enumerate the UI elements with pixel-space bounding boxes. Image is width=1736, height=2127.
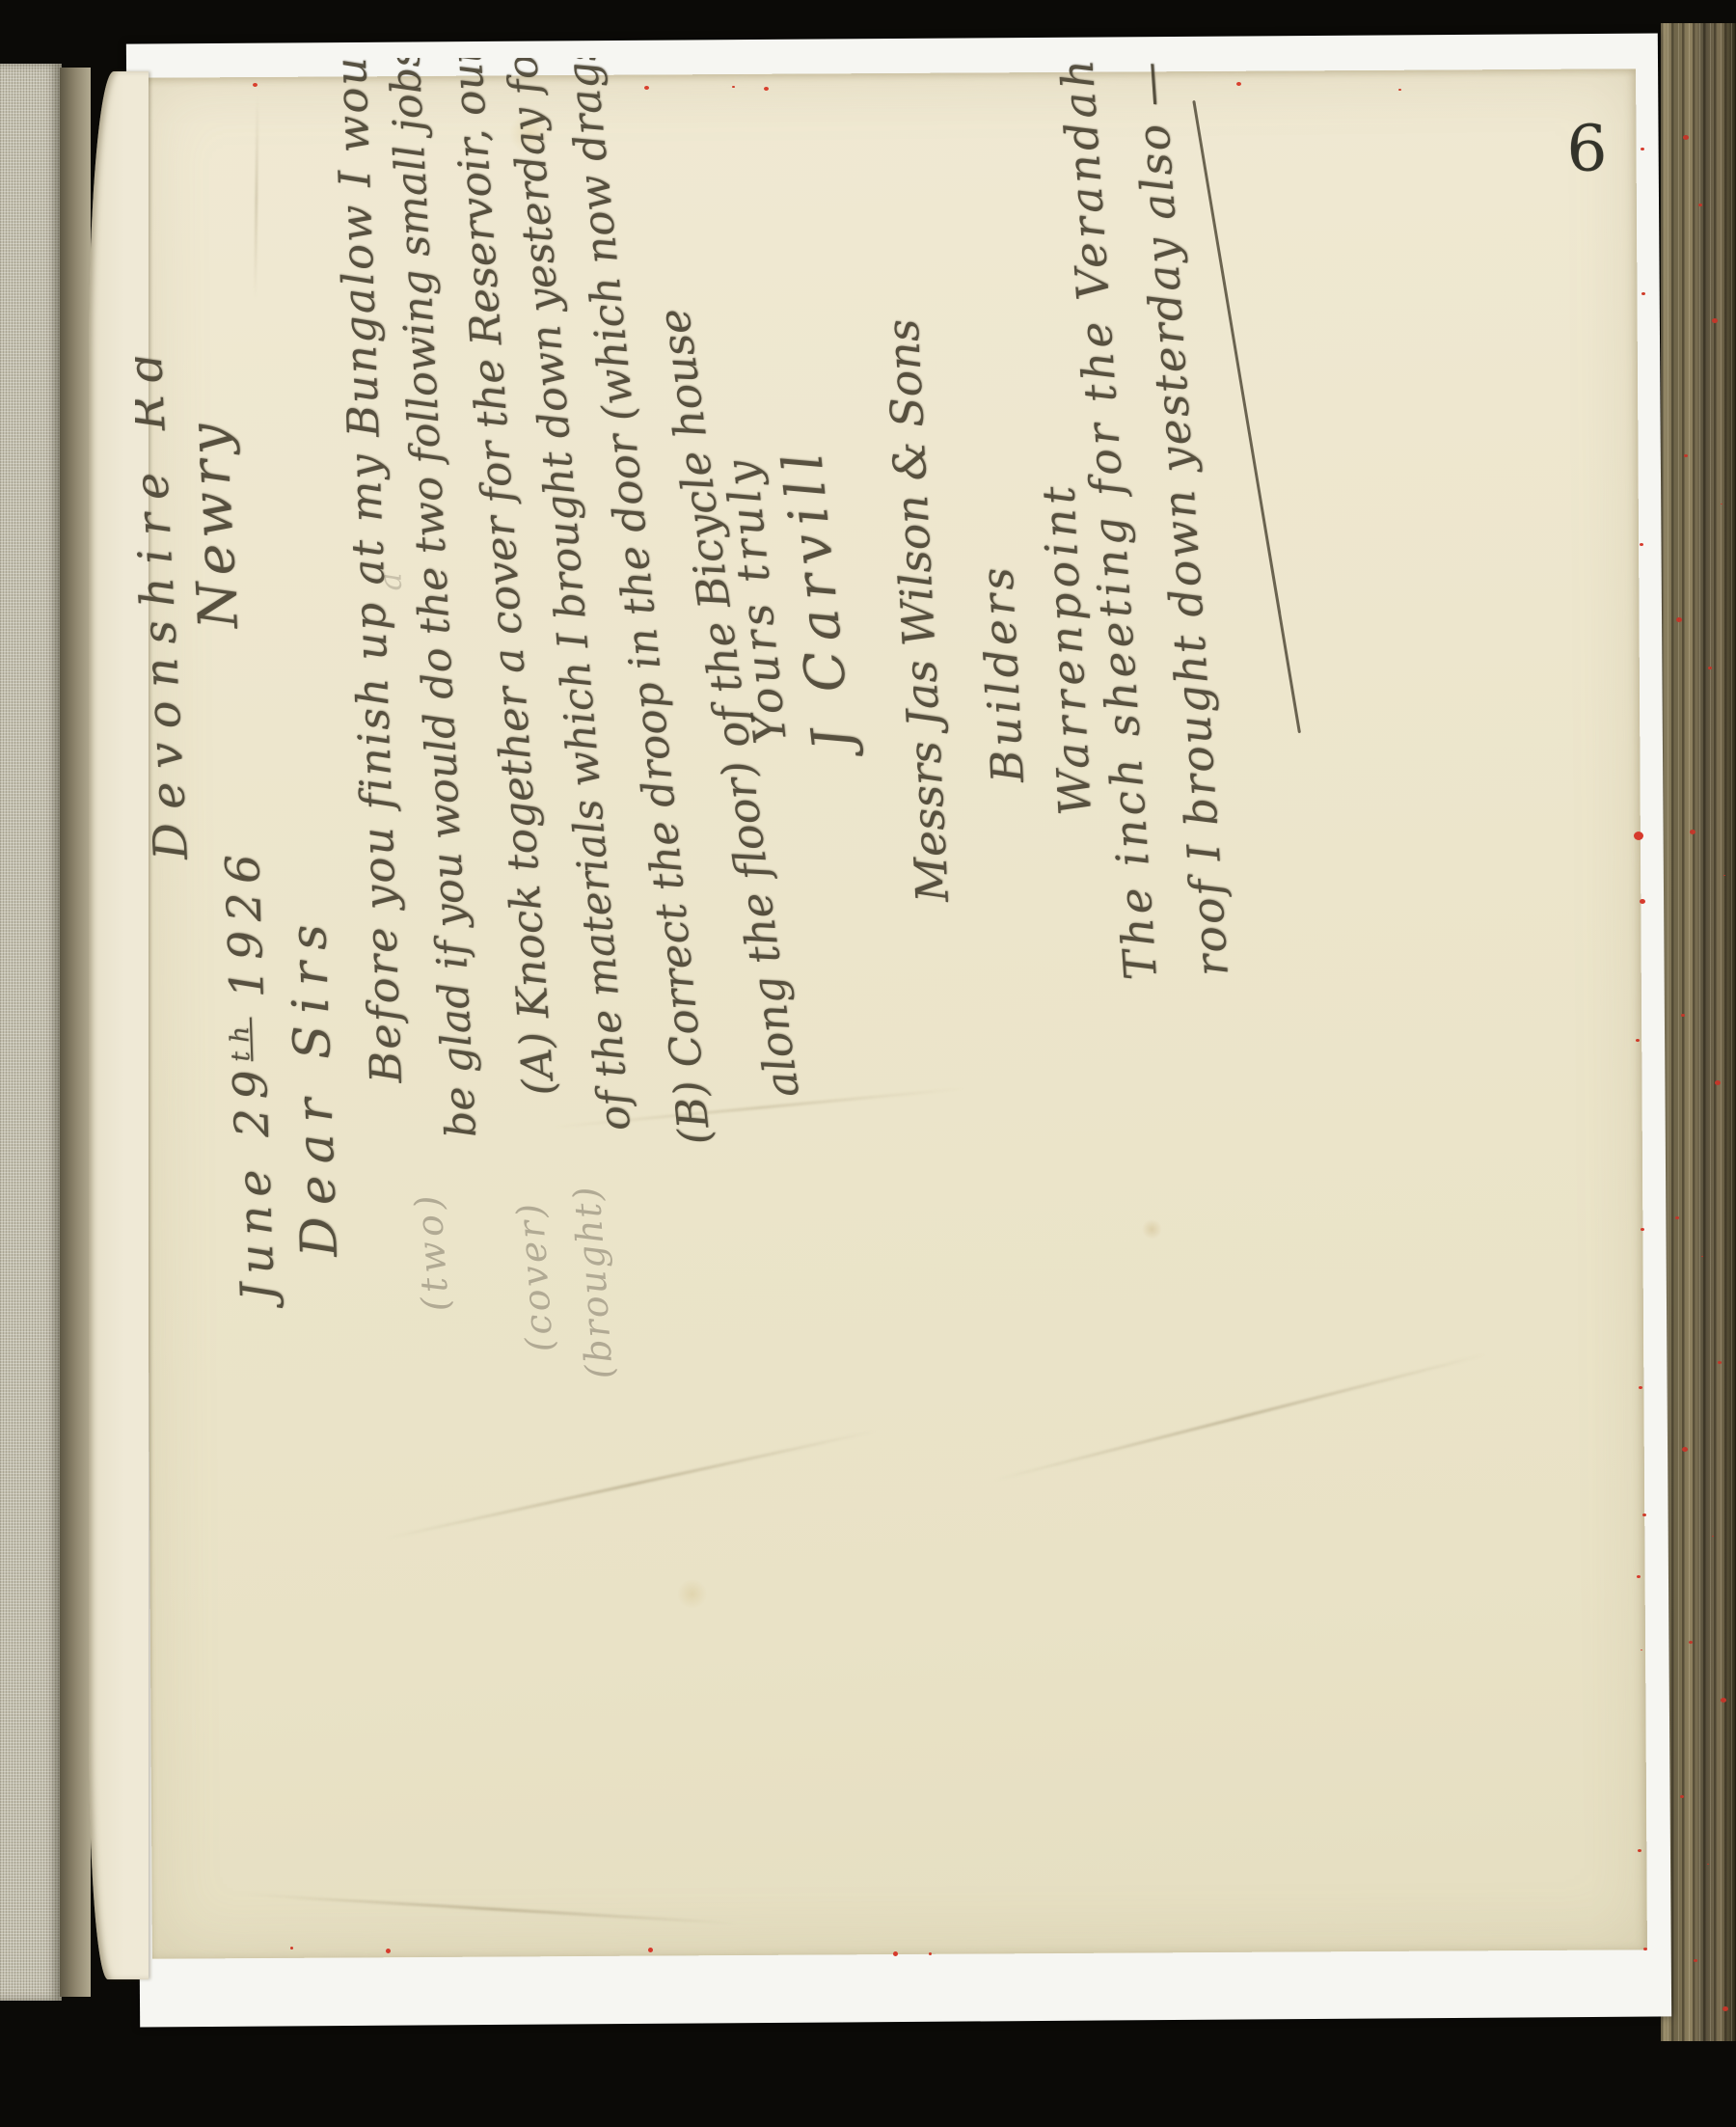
red-speckles-top-edge [253, 83, 258, 87]
pencil-note-brought: (brought) [565, 1184, 621, 1380]
addressee-role: Builders [970, 562, 1034, 784]
salutation: Dear Sirs [280, 913, 349, 1259]
red-speckles-bottom-edge [386, 1949, 391, 1953]
page-stain [676, 1579, 709, 1608]
pencil-note-cover: (cover) [508, 1199, 561, 1353]
red-speckles-right-edge [1634, 832, 1643, 840]
addressee-name: Messrs Jas Wilson & Sons [876, 318, 959, 904]
page-crease [247, 1894, 739, 1925]
pencil-note-two: (two) [406, 1189, 457, 1313]
date-line: June 29th1926 [216, 845, 285, 1302]
page-number: 6 [1566, 111, 1607, 185]
date-ordinal: th [225, 1018, 257, 1063]
handwritten-letter: Devonshire Rd Newry June 29th1926 Dear S… [135, 58, 1352, 1408]
date-day: June 29 [223, 1060, 285, 1302]
address-line-2: Newry [177, 417, 251, 631]
date-year: 1926 [216, 845, 275, 999]
binding-gutter [60, 68, 91, 1997]
book-page-stack-edge [1661, 23, 1736, 2041]
photo-stage: 6 Devonshire Rd Newry June 29th1926 Dear… [0, 0, 1736, 2127]
book-cover-cloth [0, 64, 62, 2001]
page-crease [385, 1430, 878, 1541]
red-speckles-fore-edge [1683, 135, 1689, 140]
